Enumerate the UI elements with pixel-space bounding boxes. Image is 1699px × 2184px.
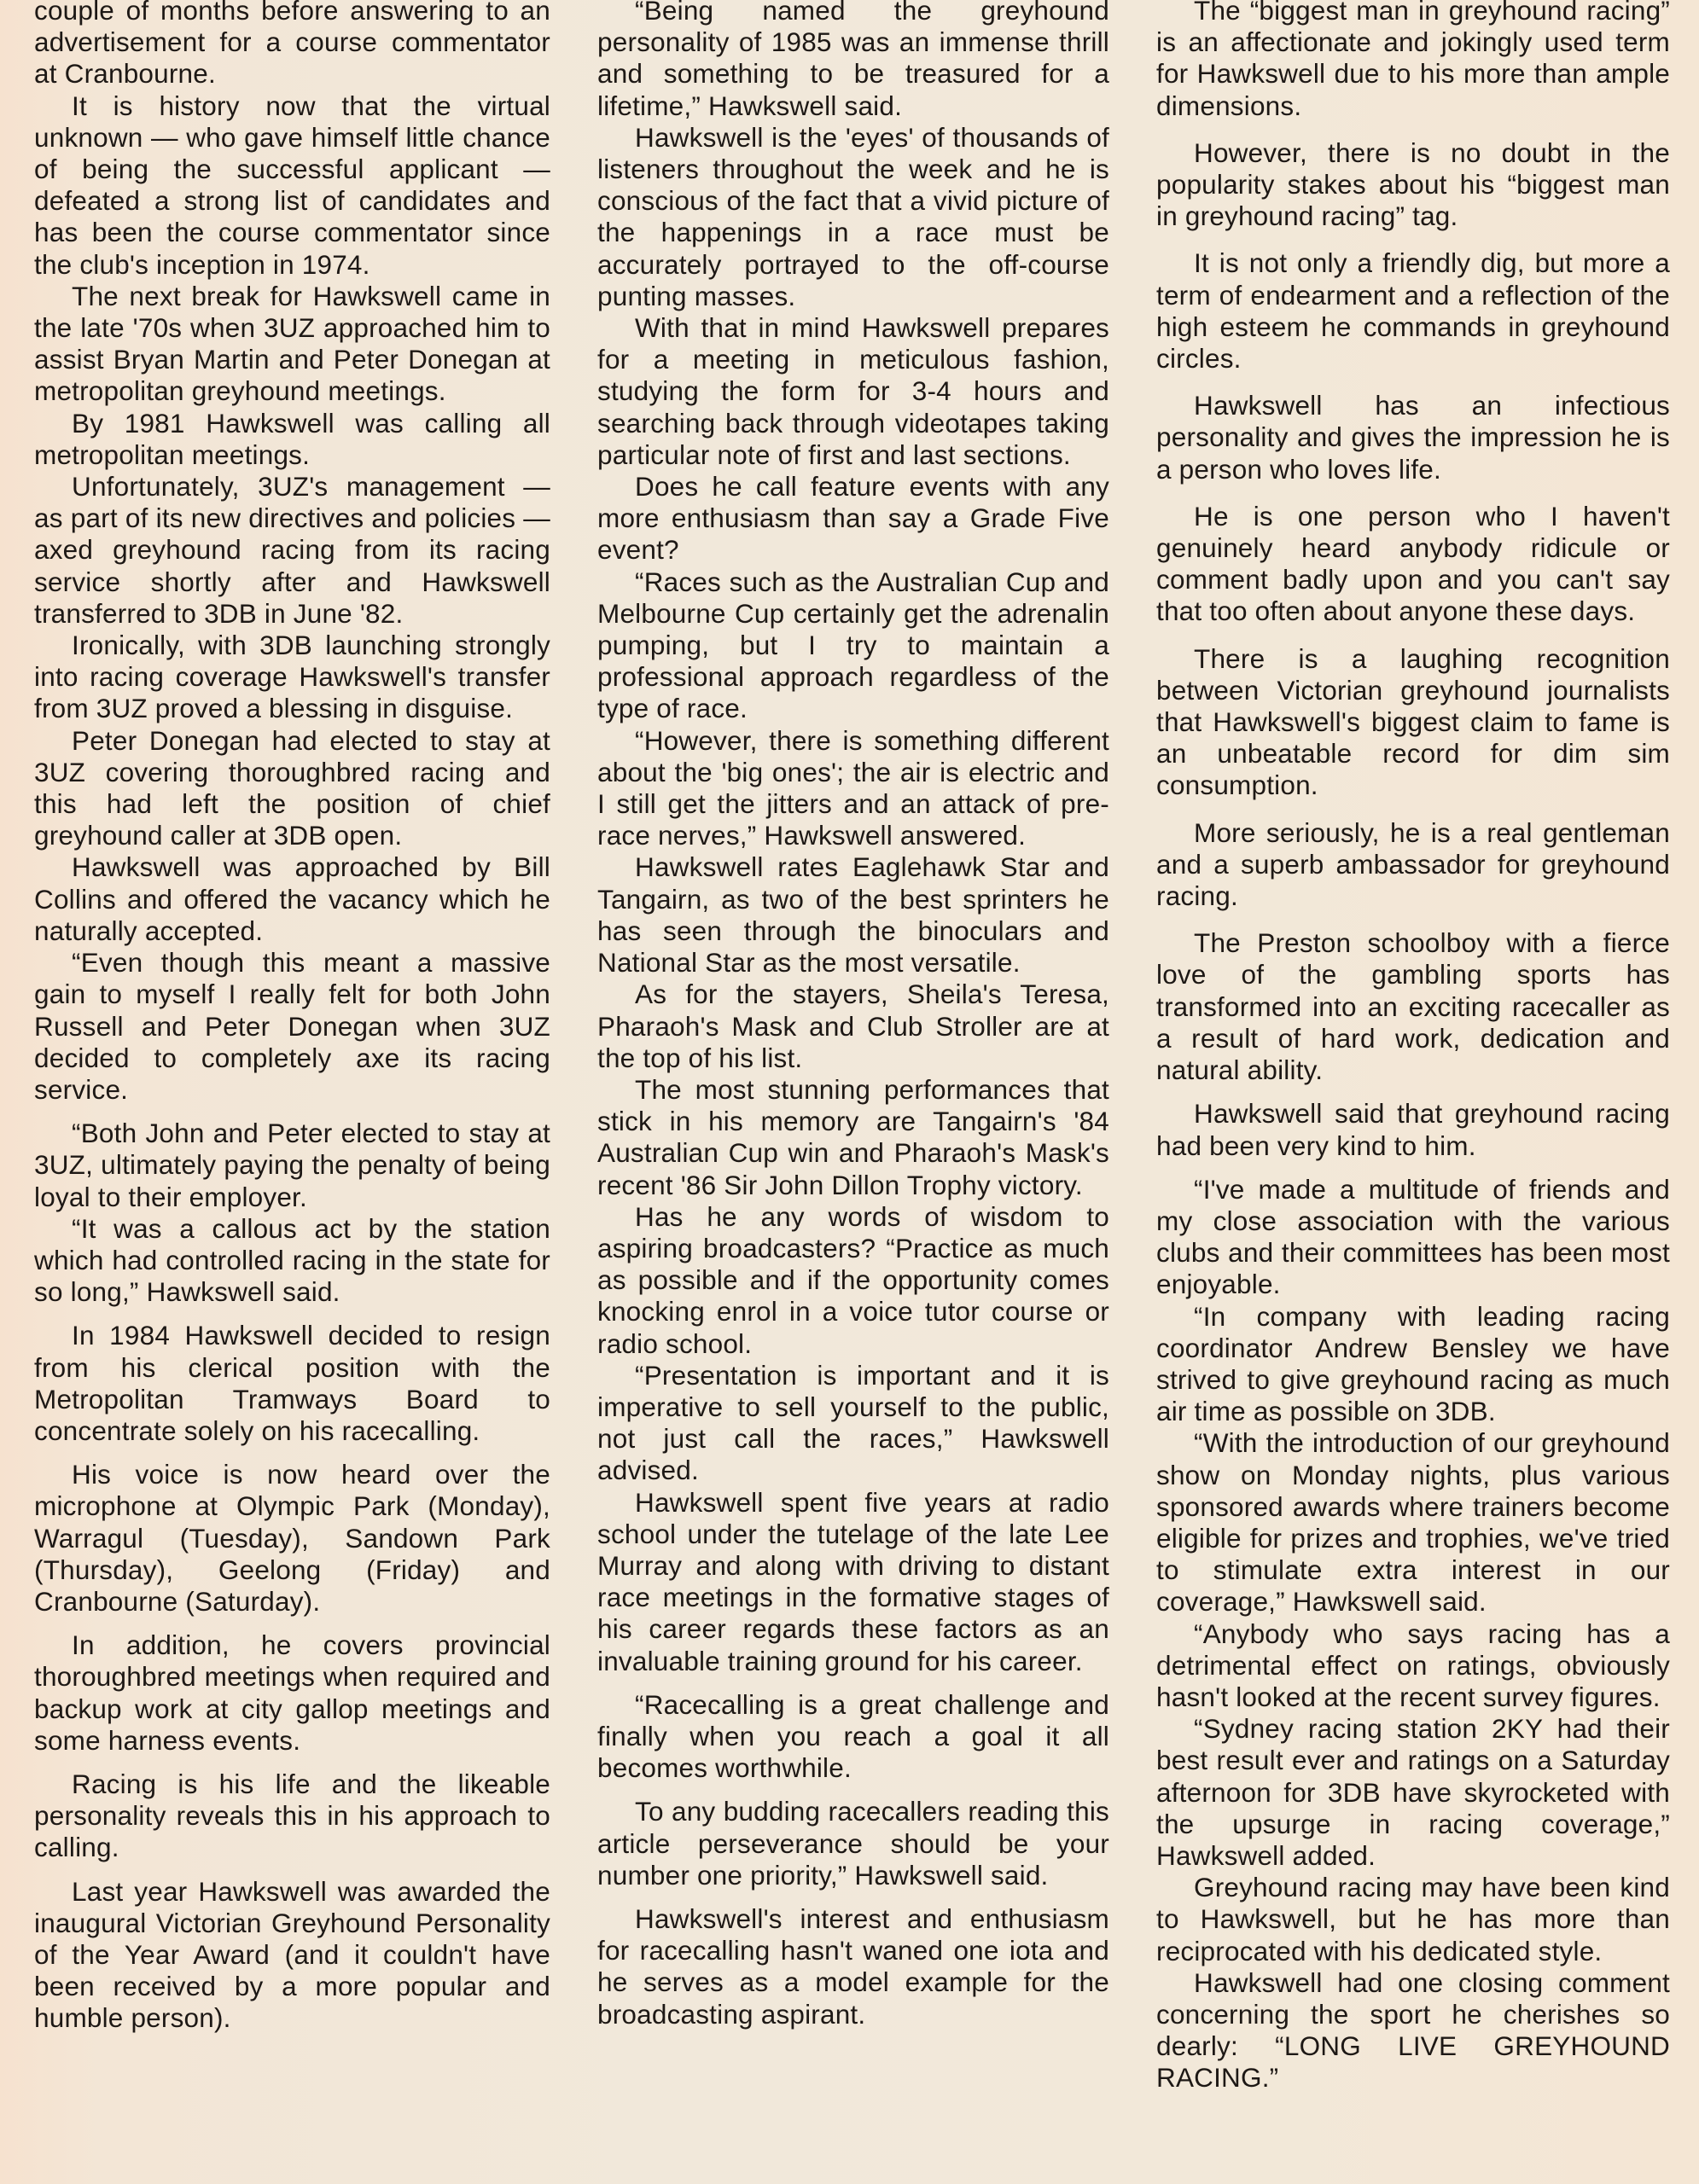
paragraph: There is a laughing recognition between …	[1156, 643, 1670, 802]
paragraph: Hawkswell had one closing comment concer…	[1156, 1967, 1670, 2094]
paragraph: “With the introduction of our greyhound …	[1156, 1427, 1670, 1618]
paragraph: Hawkswell rates Eaglehawk Star and Tanga…	[597, 851, 1109, 979]
paragraph: More seriously, he is a real gentleman a…	[1156, 817, 1670, 913]
paragraph: The Preston schoolboy with a fierce love…	[1156, 927, 1670, 1086]
paragraph: “However, there is something different a…	[597, 725, 1109, 852]
paragraph: “Both John and Peter elected to stay at …	[34, 1118, 550, 1213]
paragraph: Has he any words of wisdom to aspiring b…	[597, 1201, 1109, 1360]
paragraph: It is history now that the virtual unkno…	[34, 90, 550, 281]
paragraph: Hawkswell was approached by Bill Collins…	[34, 851, 550, 947]
paragraph: Racing is his life and the likeable pers…	[34, 1769, 550, 1864]
article-column-3: The “biggest man in greyhound racing” is…	[1156, 0, 1670, 2094]
paragraph: Ironically, with 3DB launching strongly …	[34, 630, 550, 725]
paragraph: Last year Hawkswell was awarded the inau…	[34, 1876, 550, 2035]
article-column-1: couple of months before answering to an …	[34, 0, 550, 2035]
paragraph: Hawkswell is the 'eyes' of thousands of …	[597, 122, 1109, 312]
paragraph: “Being named the greyhound personality o…	[597, 0, 1109, 122]
paragraph: Unfortunately, 3UZ's management — as par…	[34, 471, 550, 630]
paragraph: He is one person who I haven't genuinely…	[1156, 501, 1670, 628]
paragraph: Greyhound racing may have been kind to H…	[1156, 1872, 1670, 1967]
paragraph: To any budding racecallers reading this …	[597, 1796, 1109, 1891]
paragraph: “Even though this meant a massive gain t…	[34, 947, 550, 1106]
paragraph: By 1981 Hawkswell was calling all metrop…	[34, 408, 550, 471]
paragraph: In 1984 Hawkswell decided to resign from…	[34, 1320, 550, 1447]
paragraph: “Anybody who says racing has a detriment…	[1156, 1618, 1670, 1714]
paragraph: The next break for Hawkswell came in the…	[34, 281, 550, 408]
paragraph: The “biggest man in greyhound racing” is…	[1156, 0, 1670, 122]
paragraph: With that in mind Hawkswell prepares for…	[597, 312, 1109, 471]
paragraph: Hawkswell's interest and enthusiasm for …	[597, 1903, 1109, 2030]
paragraph: His voice is now heard over the micropho…	[34, 1459, 550, 1618]
magazine-page: couple of months before answering to an …	[0, 0, 1699, 2184]
article-column-2: “Being named the greyhound personality o…	[597, 0, 1109, 2030]
paragraph: couple of months before answering to an …	[34, 0, 550, 90]
paragraph: However, there is no doubt in the popula…	[1156, 137, 1670, 233]
paragraph: As for the stayers, Sheila's Teresa, Pha…	[597, 979, 1109, 1074]
paragraph: “It was a callous act by the station whi…	[34, 1213, 550, 1309]
paragraph: Hawkswell has an infectious personality …	[1156, 390, 1670, 485]
paragraph: “Races such as the Australian Cup and Me…	[597, 566, 1109, 725]
paragraph: “In company with leading racing coordina…	[1156, 1301, 1670, 1428]
paragraph: Does he call feature events with any mor…	[597, 471, 1109, 566]
paragraph: “Sydney racing station 2KY had their bes…	[1156, 1713, 1670, 1872]
paragraph: The most stunning performances that stic…	[597, 1074, 1109, 1201]
paragraph: Hawkswell said that greyhound racing had…	[1156, 1098, 1670, 1161]
paragraph: Hawkswell spent five years at radio scho…	[597, 1487, 1109, 1677]
paragraph: “Racecalling is a great challenge and fi…	[597, 1689, 1109, 1785]
paragraph: In addition, he covers provincial thorou…	[34, 1629, 550, 1757]
paragraph: It is not only a friendly dig, but more …	[1156, 247, 1670, 375]
paragraph: “Presentation is important and it is imp…	[597, 1360, 1109, 1487]
paragraph: “I've made a multitude of friends and my…	[1156, 1174, 1670, 1301]
paragraph: Peter Donegan had elected to stay at 3UZ…	[34, 725, 550, 852]
